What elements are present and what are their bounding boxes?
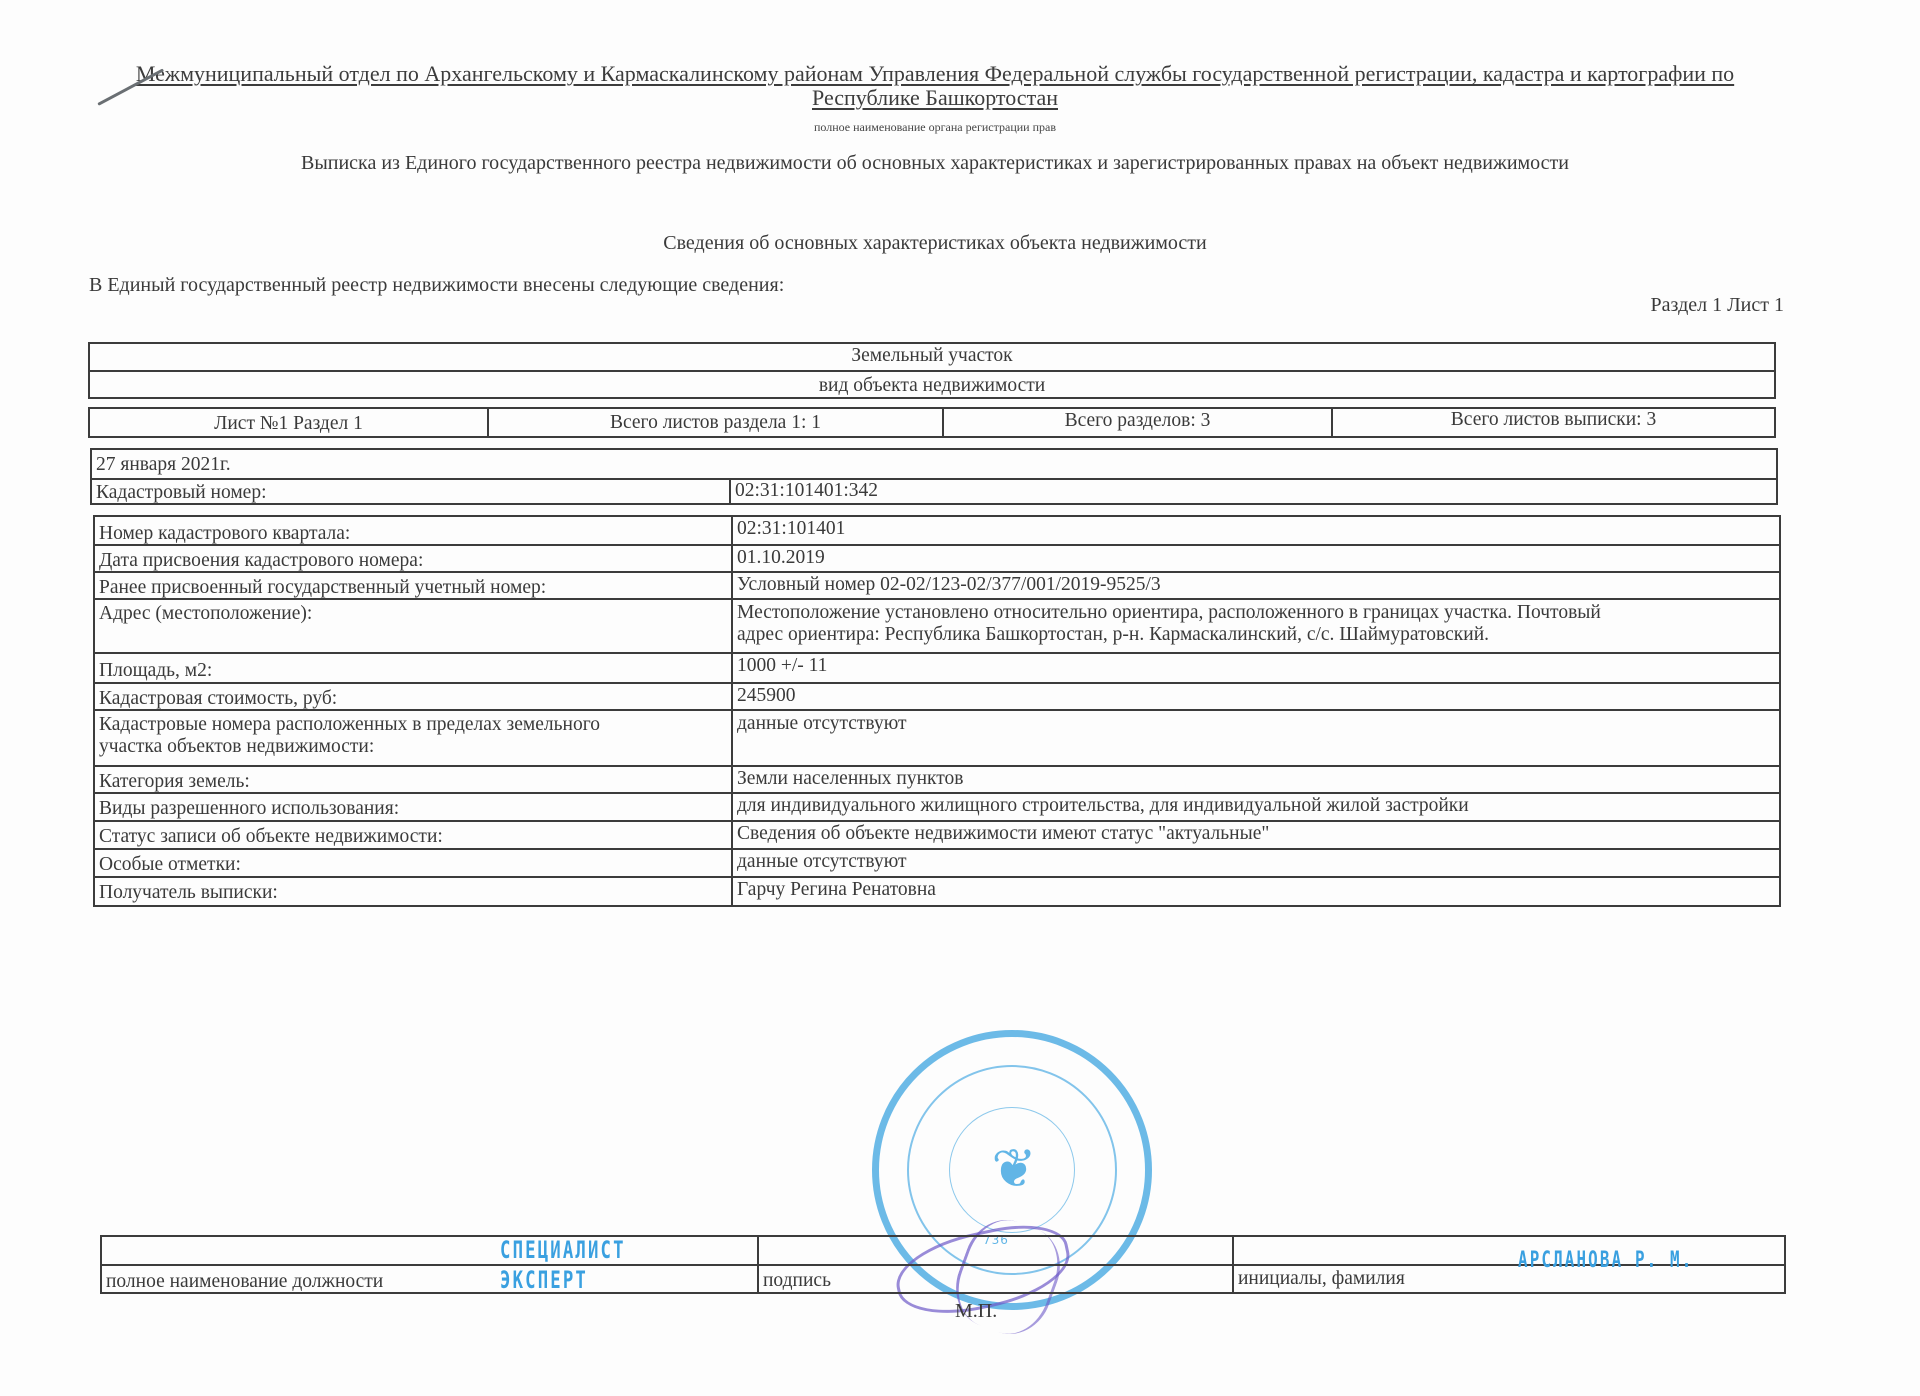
property-value: Земли населенных пунктов — [731, 767, 1779, 794]
object-type-value: Земельный участок — [90, 344, 1774, 371]
organization-caption: полное наименование органа регистрации п… — [100, 120, 1770, 135]
address-line-1: Местоположение установлено относительно … — [737, 602, 1775, 624]
intro-text: В Единый государственный реестр недвижим… — [89, 274, 784, 297]
table-row: Ранее присвоенный государственный учетны… — [95, 571, 1779, 600]
property-value: данные отсутствуют — [731, 711, 1779, 767]
seal-place-caption: М.П. — [955, 1300, 997, 1323]
position-stamp-specialist: СПЕЦИАЛИСТ — [500, 1236, 626, 1264]
organization-line-1: Межмуниципальный отдел по Архангельскому… — [136, 61, 1734, 86]
property-value: 1000 +/- 11 — [731, 654, 1779, 683]
document-title: Выписка из Единого государственного реес… — [100, 152, 1770, 175]
property-label: Площадь, м2: — [95, 654, 731, 683]
property-value: Гарчу Регина Ренатовна — [731, 878, 1779, 905]
property-label: Виды разрешенного использования: — [95, 794, 731, 821]
property-value: для индивидуального жилищного строительс… — [731, 794, 1779, 821]
document-subtitle: Сведения об основных характеристиках объ… — [100, 232, 1770, 255]
organization-name: Межмуниципальный отдел по Архангельскому… — [100, 62, 1770, 110]
coat-of-arms-icon: ❦ — [979, 1129, 1049, 1209]
sheet-section-label: Лист №1 Раздел 1 — [90, 409, 487, 436]
property-label: Статус записи об объекте недвижимости: — [95, 822, 731, 849]
position-caption: полное наименование должности — [102, 1267, 757, 1292]
property-value: Сведения об объекте недвижимости имеют с… — [731, 822, 1779, 849]
record-date: 27 января 2021г. — [92, 450, 1776, 479]
table-row: Виды разрешенного использования: для инд… — [95, 792, 1779, 821]
property-value: Условный номер 02-02/123-02/377/001/2019… — [731, 573, 1779, 600]
object-type-box: Земельный участок вид объекта недвижимос… — [88, 342, 1776, 399]
table-row: Статус записи об объекте недвижимости: С… — [95, 820, 1779, 849]
property-value: 02:31:101401 — [731, 517, 1779, 546]
table-row: Кадастровая стоимость, руб: 245900 — [95, 682, 1779, 711]
record-box: 27 января 2021г. Кадастровый номер: 02:3… — [90, 448, 1778, 505]
organization-line-2: Республике Башкортостан — [812, 85, 1058, 110]
table-row: Площадь, м2: 1000 +/- 11 — [95, 652, 1779, 683]
property-label: Особые отметки: — [95, 850, 731, 877]
table-row: Дата присвоения кадастрового номера: 01.… — [95, 544, 1779, 573]
table-row: Адрес (местоположение): Местоположение у… — [95, 598, 1779, 654]
property-label: Номер кадастрового квартала: — [95, 517, 731, 546]
cadastral-number-value: 02:31:101401:342 — [729, 480, 1776, 505]
cadastral-number-label: Кадастровый номер: — [92, 480, 729, 505]
property-label: Категория земель: — [95, 767, 731, 794]
property-label: Ранее присвоенный государственный учетны… — [95, 573, 731, 600]
section-reference: Раздел 1 Лист 1 — [1651, 294, 1784, 317]
table-row: Особые отметки: данные отсутствуют — [95, 848, 1779, 877]
table-row: Кадастровые номера расположенных в преде… — [95, 709, 1779, 767]
table-row: Категория земель: Земли населенных пункт… — [95, 765, 1779, 794]
table-row: Получатель выписки: Гарчу Регина Ренатов… — [95, 876, 1779, 905]
counters-box: Лист №1 Раздел 1 Всего листов раздела 1:… — [88, 407, 1776, 438]
signature-caption: подпись — [757, 1237, 1232, 1292]
name-caption: инициалы, фамилия — [1232, 1237, 1784, 1292]
property-label: Кадастровые номера расположенных в преде… — [95, 711, 731, 767]
seal-outer-text — [899, 1146, 902, 1155]
position-stamp-expert: ЭКСПЕРТ — [500, 1266, 588, 1294]
property-label: Получатель выписки: — [95, 878, 731, 905]
sheets-total: Всего листов выписки: 3 — [1331, 409, 1774, 436]
object-type-caption: вид объекта недвижимости — [90, 372, 1774, 398]
property-value: 245900 — [731, 684, 1779, 711]
table-row: Номер кадастрового квартала: 02:31:10140… — [95, 517, 1779, 546]
name-stamp: АРСЛАНОВА Р. М. — [1518, 1248, 1693, 1273]
sections-total: Всего разделов: 3 — [942, 409, 1331, 436]
property-label: Адрес (местоположение): — [95, 600, 731, 654]
properties-table: Номер кадастрового квартала: 02:31:10140… — [93, 515, 1781, 907]
sheets-in-section: Всего листов раздела 1: 1 — [487, 409, 942, 436]
property-value: Местоположение установлено относительно … — [731, 600, 1779, 654]
property-value: данные отсутствуют — [731, 850, 1779, 877]
property-label: Дата присвоения кадастрового номера: — [95, 546, 731, 573]
property-label: Кадастровая стоимость, руб: — [95, 684, 731, 711]
property-value: 01.10.2019 — [731, 546, 1779, 573]
address-line-2: адрес ориентира: Республика Башкортостан… — [737, 624, 1775, 646]
